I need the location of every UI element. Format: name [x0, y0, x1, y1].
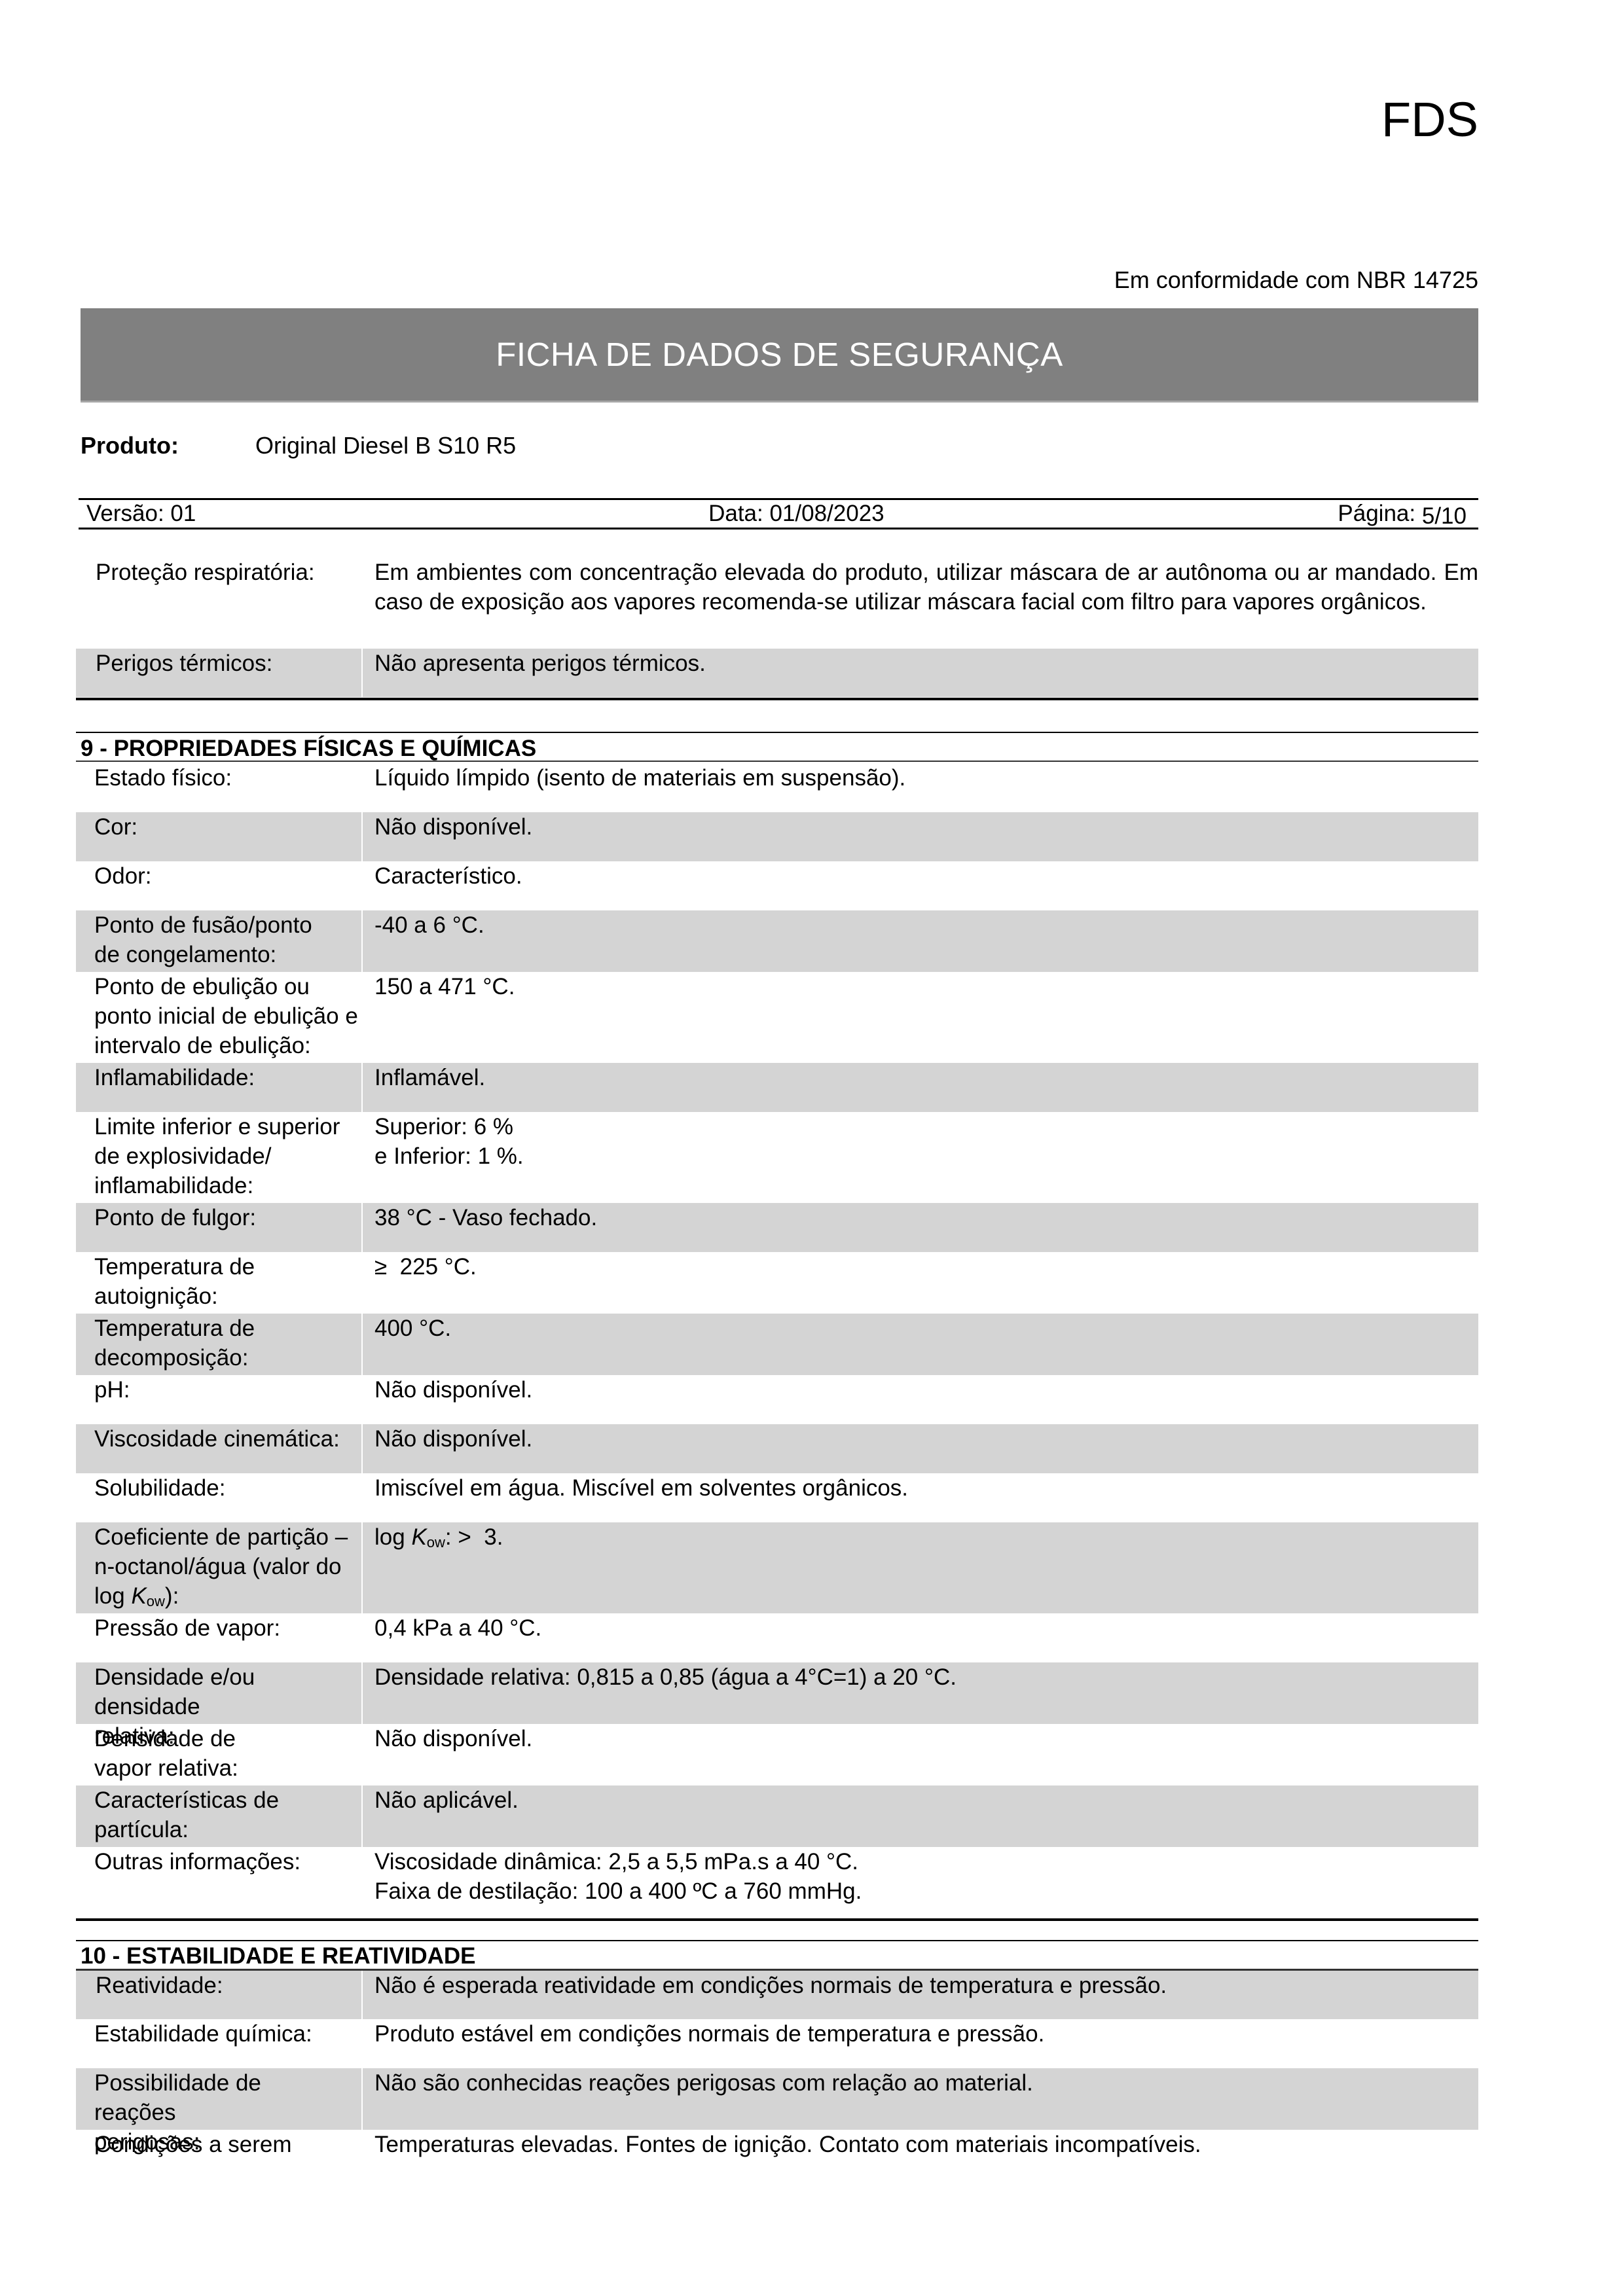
title-banner: FICHA DE DADOS DE SEGURANÇA — [81, 308, 1478, 403]
row-value: Não disponível. — [363, 1424, 1478, 1473]
table-row: Temperatura de decomposição: 400 °C. — [76, 1314, 1478, 1375]
row-label: Solubilidade: — [76, 1473, 361, 1522]
row-label: Temperatura de decomposição: — [76, 1314, 361, 1375]
row-value: Não disponível. — [363, 1724, 1478, 1785]
row-value: Em ambientes com concentração elevada do… — [363, 558, 1478, 649]
table-row: Condições a serem Temperaturas elevadas.… — [76, 2130, 1478, 2162]
table-row: Características de partícula: Não aplicá… — [76, 1785, 1478, 1847]
row-label: Odor: — [76, 861, 361, 910]
row-label: Ponto de fusão/ponto de congelamento: — [76, 910, 361, 972]
divider — [76, 1918, 1478, 1921]
divider — [76, 732, 1478, 733]
row-value: 38 °C - Vaso fechado. — [363, 1203, 1478, 1252]
row-value: Não apresenta perigos térmicos. — [363, 649, 1478, 697]
table-row: Reatividade: Não é esperada reatividade … — [76, 1971, 1478, 2019]
table-row: Coeficiente de partição – n-octanol/água… — [76, 1522, 1478, 1613]
product-label: Produto: — [81, 432, 255, 459]
row-value: 0,4 kPa a 40 °C. — [363, 1613, 1478, 1662]
table-row: Pressão de vapor: 0,4 kPa a 40 °C. — [76, 1613, 1478, 1662]
row-value: -40 a 6 °C. — [363, 910, 1478, 972]
row-value: Não é esperada reatividade em condições … — [363, 1971, 1478, 2019]
row-value: 400 °C. — [363, 1314, 1478, 1375]
table-row: Viscosidade cinemática: Não disponível. — [76, 1424, 1478, 1473]
row-label: Limite inferior e superior de explosivid… — [76, 1112, 361, 1203]
row-value: log Kow: > 3. — [363, 1522, 1478, 1613]
row-label: Reatividade: — [76, 1971, 361, 2019]
row-label: Estado físico: — [76, 763, 361, 812]
table-row: Densidade de vapor relativa: Não disponí… — [76, 1724, 1478, 1785]
table-row: Ponto de fulgor: 38 °C - Vaso fechado. — [76, 1203, 1478, 1252]
row-label: Estabilidade química: — [76, 2019, 361, 2068]
banner-title: FICHA DE DADOS DE SEGURANÇA — [496, 335, 1063, 374]
section8-table: Proteção respiratória: Em ambientes com … — [76, 558, 1478, 697]
section9-table: Estado físico: Líquido límpido (isento d… — [76, 763, 1478, 1919]
row-label: Densidade de vapor relativa: — [76, 1724, 361, 1785]
table-row: Possibilidade de reações perigosas: Não … — [76, 2068, 1478, 2130]
table-row: Estabilidade química: Produto estável em… — [76, 2019, 1478, 2068]
row-label: Perigos térmicos: — [76, 649, 361, 697]
row-label: Possibilidade de reações perigosas: — [76, 2068, 361, 2130]
row-value: Não disponível. — [363, 812, 1478, 861]
row-label: Características de partícula: — [76, 1785, 361, 1847]
row-value: Densidade relativa: 0,815 a 0,85 (água a… — [363, 1662, 1478, 1724]
product-line: Produto: Original Diesel B S10 R5 — [81, 432, 516, 459]
row-value: Não aplicável. — [363, 1785, 1478, 1847]
table-row: pH: Não disponível. — [76, 1375, 1478, 1424]
row-label: Pressão de vapor: — [76, 1613, 361, 1662]
table-row: Ponto de ebulição ou ponto inicial de eb… — [76, 972, 1478, 1063]
row-label: Cor: — [76, 812, 361, 861]
row-label: Inflamabilidade: — [76, 1063, 361, 1112]
table-row: Outras informações: Viscosidade dinâmica… — [76, 1847, 1478, 1919]
row-value: Temperaturas elevadas. Fontes de ignição… — [363, 2130, 1478, 2162]
row-value: ≥ 225 °C. — [363, 1252, 1478, 1314]
product-value: Original Diesel B S10 R5 — [255, 432, 516, 459]
row-label: Condições a serem — [76, 2130, 361, 2162]
version: Versão: 01 — [86, 501, 196, 527]
row-value: Produto estável em condições normais de … — [363, 2019, 1478, 2068]
row-value: 150 a 471 °C. — [363, 972, 1478, 1063]
row-value: Superior: 6 % e Inferior: 1 %. — [363, 1112, 1478, 1203]
row-value: Imiscível em água. Miscível em solventes… — [363, 1473, 1478, 1522]
row-label: Outras informações: — [76, 1847, 361, 1919]
table-row: Ponto de fusão/ponto de congelamento: -4… — [76, 910, 1478, 972]
table-row: Limite inferior e superior de explosivid… — [76, 1112, 1478, 1203]
conformity-note: Em conformidade com NBR 14725 — [1114, 267, 1478, 293]
divider — [76, 1940, 1478, 1941]
table-row: Odor: Característico. — [76, 861, 1478, 910]
row-label: Viscosidade cinemática: — [76, 1424, 361, 1473]
table-row: Solubilidade: Imiscível em água. Miscíve… — [76, 1473, 1478, 1522]
document-code: FDS — [1381, 96, 1478, 144]
divider — [76, 698, 1478, 700]
date: Data: 01/08/2023 — [708, 501, 884, 527]
section-10-title: 10 - ESTABILIDADE E REATIVIDADE — [81, 1945, 476, 1967]
row-label: Coeficiente de partição – n-octanol/água… — [76, 1522, 361, 1613]
row-value: Não disponível. — [363, 1375, 1478, 1424]
row-label: Ponto de ebulição ou ponto inicial de eb… — [76, 972, 361, 1063]
table-row: Cor: Não disponível. — [76, 812, 1478, 861]
row-label: Densidade e/ou densidade relativa: — [76, 1662, 361, 1724]
row-label: Proteção respiratória: — [76, 558, 361, 649]
row-label: Ponto de fulgor: — [76, 1203, 361, 1252]
section10-table: Reatividade: Não é esperada reatividade … — [76, 1971, 1478, 2162]
table-row: Perigos térmicos: Não apresenta perigos … — [76, 649, 1478, 697]
section-9-title: 9 - PROPRIEDADES FÍSICAS E QUÍMICAS — [81, 737, 536, 760]
row-value: Característico. — [363, 861, 1478, 910]
table-row: Inflamabilidade: Inflamável. — [76, 1063, 1478, 1112]
table-row: Densidade e/ou densidade relativa: Densi… — [76, 1662, 1478, 1724]
table-row: Temperatura de autoignição: ≥ 225 °C. — [76, 1252, 1478, 1314]
row-value: Viscosidade dinâmica: 2,5 a 5,5 mPa.s a … — [363, 1847, 1478, 1919]
row-label: Temperatura de autoignição: — [76, 1252, 361, 1314]
row-value: Inflamável. — [363, 1063, 1478, 1112]
page-number: Página: 5/10 — [1338, 501, 1467, 527]
table-row: Proteção respiratória: Em ambientes com … — [76, 558, 1478, 649]
divider — [76, 761, 1478, 762]
row-value: Líquido límpido (isento de materiais em … — [363, 763, 1478, 812]
version-bar: Versão: 01 Data: 01/08/2023 Página: 5/10 — [79, 498, 1478, 529]
table-row: Estado físico: Líquido límpido (isento d… — [76, 763, 1478, 812]
row-label: pH: — [76, 1375, 361, 1424]
row-value: Não são conhecidas reações perigosas com… — [363, 2068, 1478, 2130]
